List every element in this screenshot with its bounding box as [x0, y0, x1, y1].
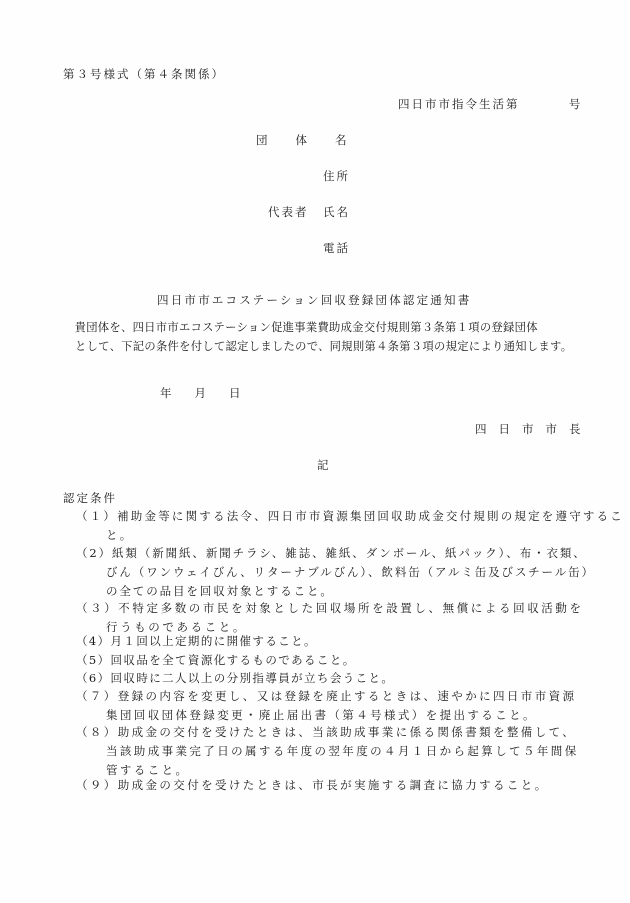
body-line-1: 貴団体を、四日市市エコステーション促進事業費助成金交付規則第３条第１項の登録団体 [63, 321, 538, 335]
condition-line: （2）紙類（新聞紙、新聞チラシ、雑誌、雑紙、ダンボール、紙パック）、布・衣類、 [76, 544, 596, 563]
date-line: 年月日 [160, 386, 241, 400]
phone-label: 電話 [323, 241, 350, 255]
condition-line: と。 [76, 526, 596, 545]
issuer: 四日市市長 [475, 422, 581, 436]
condition-item-7: （７）登録の内容を変更し、又は登録を廃止するときは、速やかに四日市市資源 集団回… [76, 687, 596, 725]
date-day: 日 [229, 386, 241, 400]
document-number-prefix: 四日市市指令生活第 [398, 97, 520, 111]
condition-line: （１）補助金等に関する法令、四日市市資源集団回収助成金交付規則の規定を遵守するこ [76, 507, 596, 526]
document-title: 四日市市エコステーション回収登録団体認定通知書 [157, 293, 471, 307]
conditions-heading: 認定条件 [63, 491, 117, 505]
condition-line: （３）不特定多数の市民を対象とした回収場所を設置し、無償による回収活動を [76, 599, 596, 618]
condition-line: （７）登録の内容を変更し、又は登録を廃止するときは、速やかに四日市市資源 [76, 687, 596, 706]
ki-heading: 記 [317, 458, 329, 472]
condition-line: （９）助成金の交付を受けたときは、市長が実施する調査に協力すること。 [76, 776, 596, 795]
condition-item-4: （4）月１回以上定期的に開催すること。 [76, 632, 596, 651]
group-name-char: 団 [256, 133, 268, 147]
date-year: 年 [160, 386, 172, 400]
condition-line: （4）月１回以上定期的に開催すること。 [76, 632, 596, 651]
representative-name-label: 氏名 [323, 205, 350, 219]
condition-item-2: （2）紙類（新聞紙、新聞チラシ、雑誌、雑紙、ダンボール、紙パック）、布・衣類、 … [76, 544, 596, 601]
condition-line: （6）回収時に二人以上の分別指導員が立ち会うこと。 [76, 669, 596, 688]
condition-line: （８）助成金の交付を受けたときは、当該助成事業に係る関係書類を整備して、 [76, 723, 596, 742]
issuer-char: 四 [475, 422, 487, 436]
issuer-char: 日 [499, 422, 511, 436]
issuer-char: 長 [569, 422, 581, 436]
issuer-char: 市 [546, 422, 558, 436]
address-label: 住所 [323, 169, 350, 183]
condition-line: （5）回収品を全て資源化するものであること。 [76, 651, 596, 670]
group-name-label: 団体名 [256, 133, 347, 147]
document-number: 四日市市指令生活第 号 [398, 97, 580, 111]
date-month: 月 [195, 386, 207, 400]
body-line-2: として、下記の条件を付して認定しましたので、同規則第４条第３項の規定により通知し… [75, 340, 572, 354]
representative-label: 代表者 [268, 205, 309, 219]
form-label: 第３号様式（第４条関係） [63, 67, 225, 81]
document-number-suffix: 号 [569, 97, 581, 111]
condition-item-5: （5）回収品を全て資源化するものであること。 [76, 651, 596, 670]
group-name-char: 体 [296, 133, 308, 147]
condition-line: 当該助成事業完了日の属する年度の翌年度の４月１日から起算して５年間保 [76, 742, 596, 761]
issuer-char: 市 [522, 422, 534, 436]
condition-item-6: （6）回収時に二人以上の分別指導員が立ち会うこと。 [76, 669, 596, 688]
group-name-char: 名 [335, 133, 347, 147]
condition-line: びん（ワンウェイびん、リターナブルびん）、飲料缶（アルミ缶及びスチール缶） [76, 563, 596, 582]
condition-item-8: （８）助成金の交付を受けたときは、当該助成事業に係る関係書類を整備して、 当該助… [76, 723, 596, 780]
condition-item-9: （９）助成金の交付を受けたときは、市長が実施する調査に協力すること。 [76, 776, 596, 795]
condition-item-1: （１）補助金等に関する法令、四日市市資源集団回収助成金交付規則の規定を遵守するこ… [76, 507, 596, 545]
